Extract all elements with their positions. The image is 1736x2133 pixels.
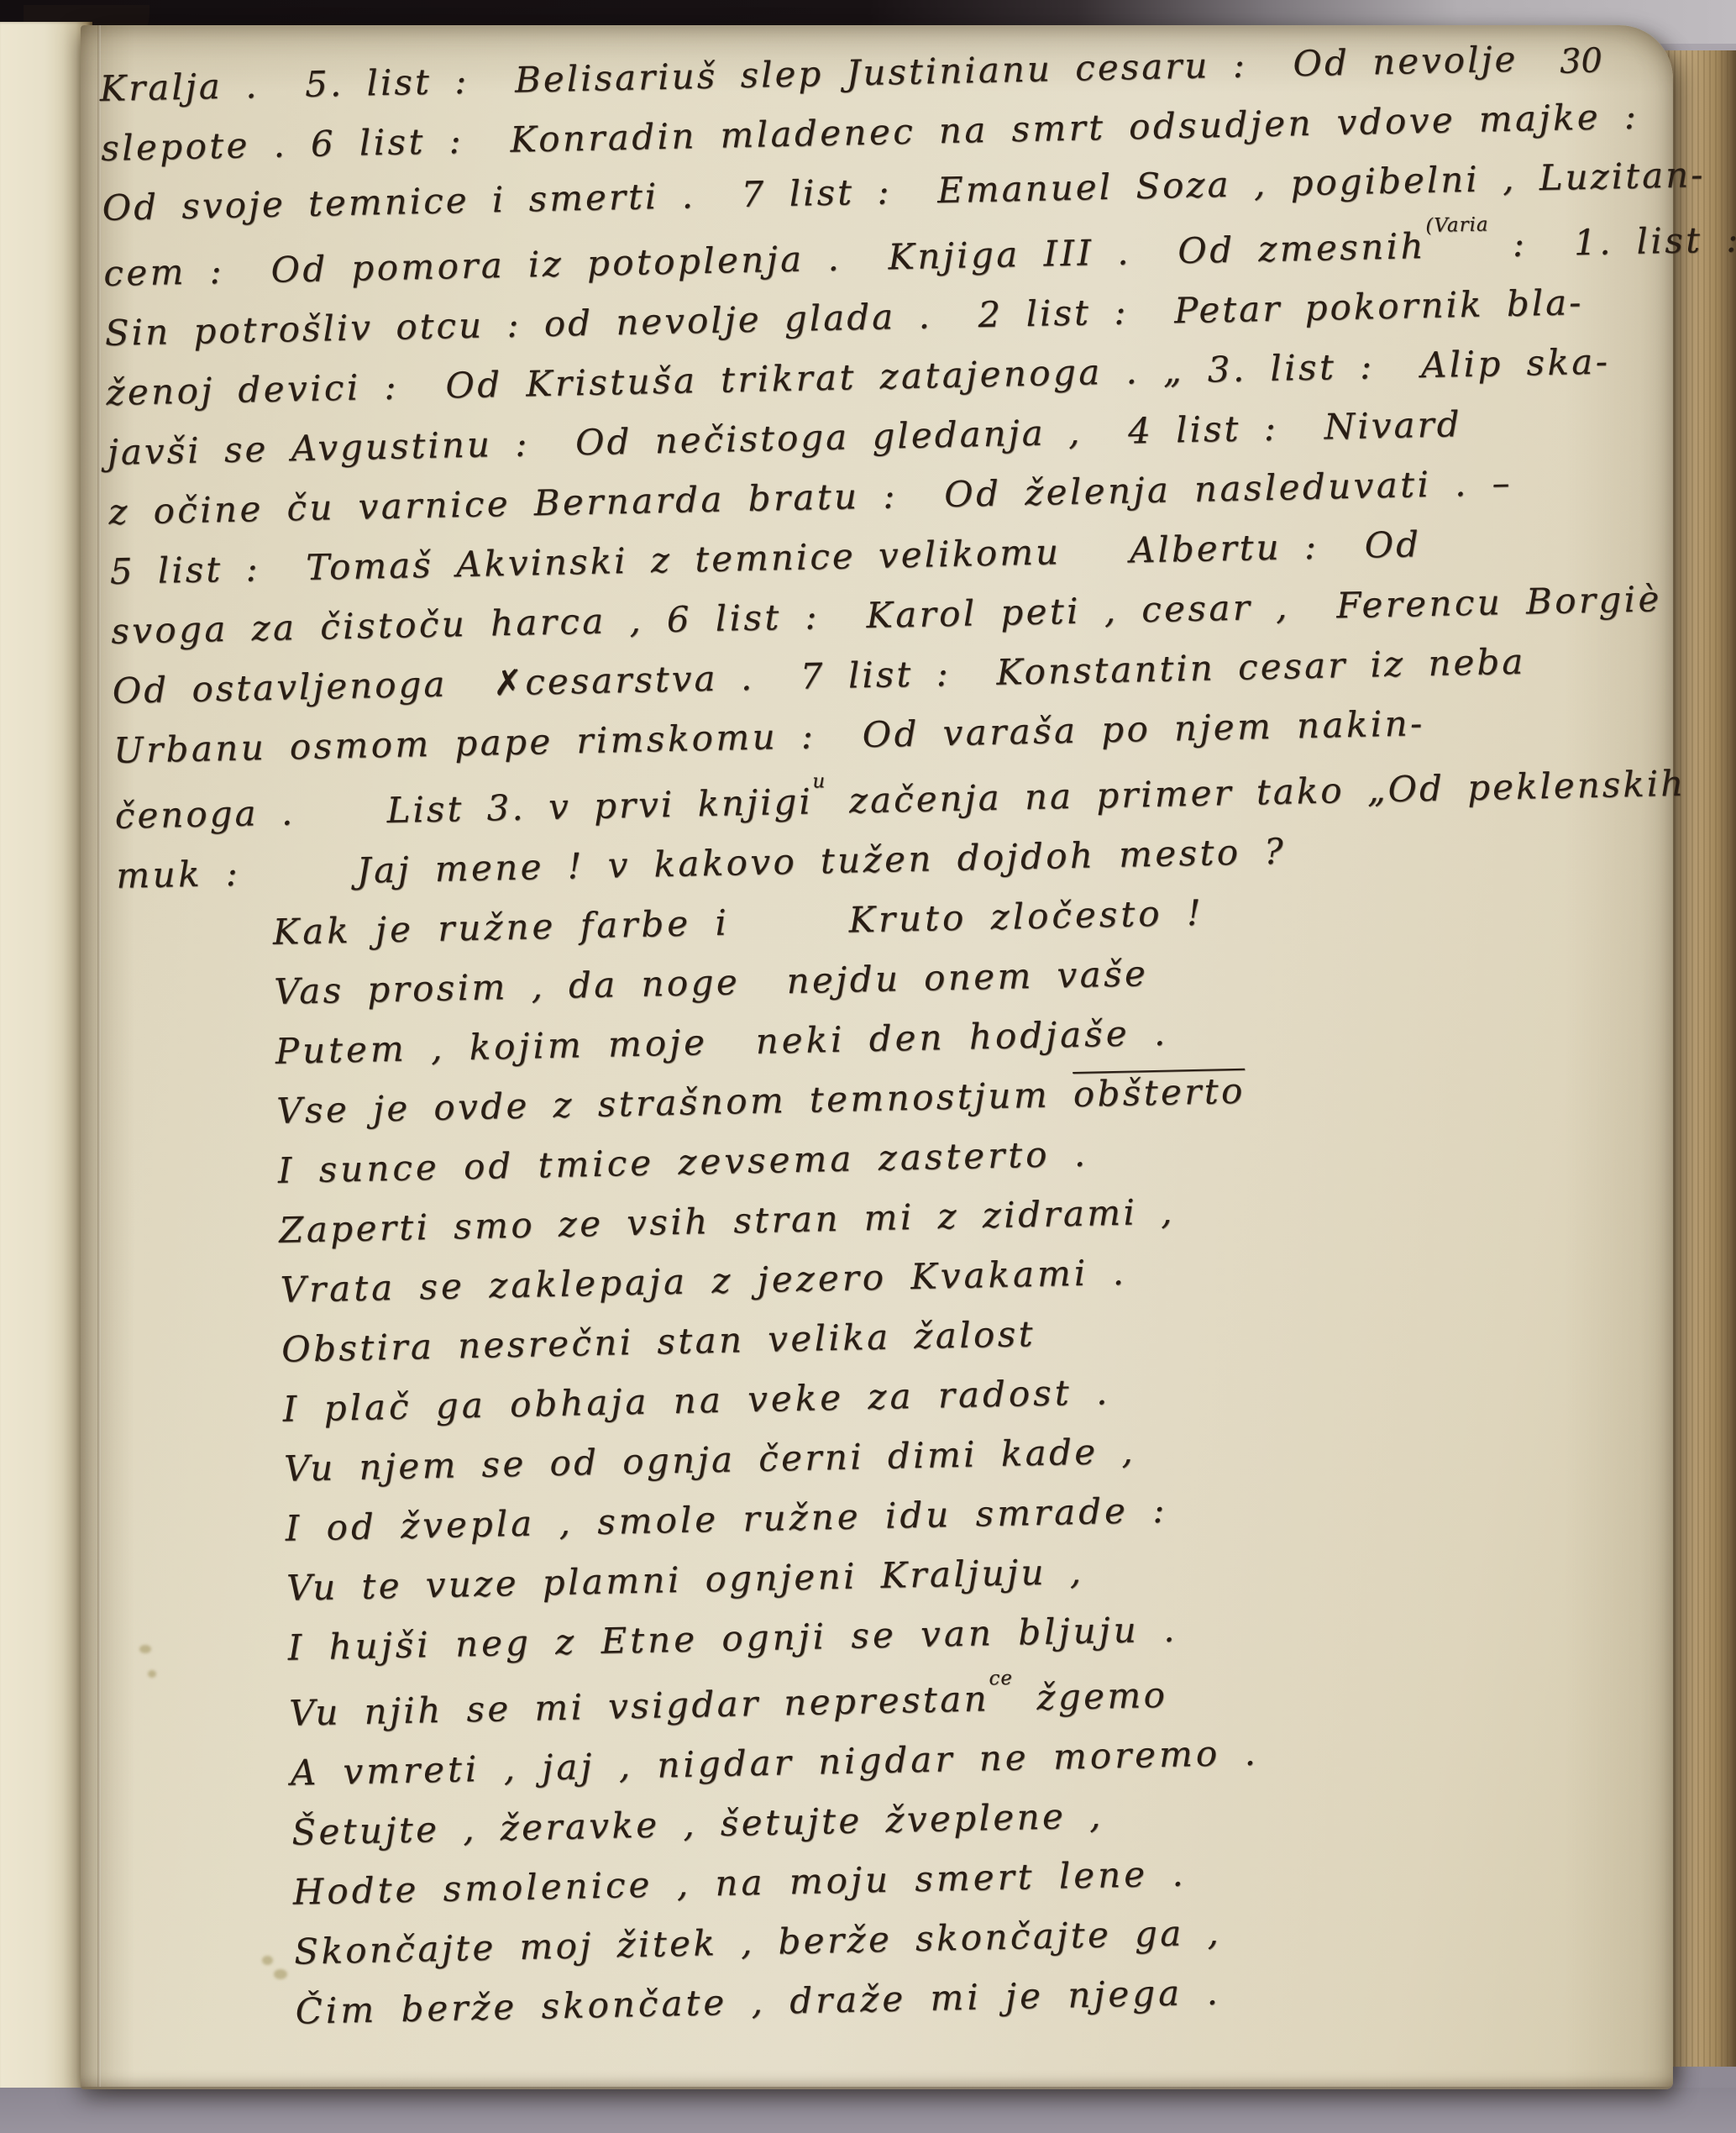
table-surface (0, 2088, 1736, 2133)
inline-annotation: ce (989, 1668, 1013, 1690)
inline-annotation: (Varia (1425, 213, 1489, 237)
manuscript-lines: Kralja . 5. list : Belisariuš slep Justi… (99, 26, 1694, 2044)
photo-background: 30 Kralja . 5. list : Belisariuš slep Ju… (0, 0, 1736, 2133)
page-gutter-crease (97, 25, 101, 2087)
overlined-word: obšterto (1073, 1070, 1246, 1115)
inline-annotation: u (812, 770, 826, 792)
left-page-edges (0, 22, 92, 2110)
manuscript-page: 30 Kralja . 5. list : Belisariuš slep Ju… (81, 25, 1673, 2089)
